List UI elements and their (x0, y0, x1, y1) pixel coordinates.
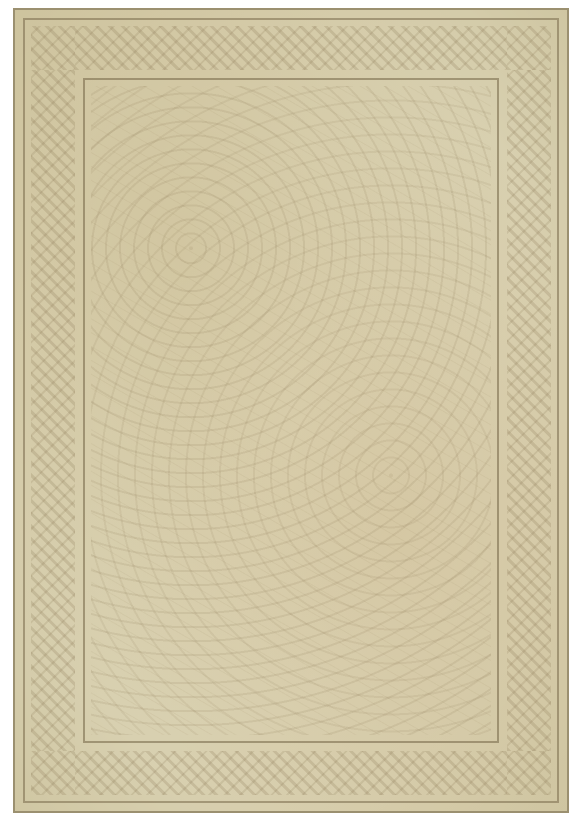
rug-field-pattern (91, 86, 491, 735)
rug (13, 8, 569, 813)
